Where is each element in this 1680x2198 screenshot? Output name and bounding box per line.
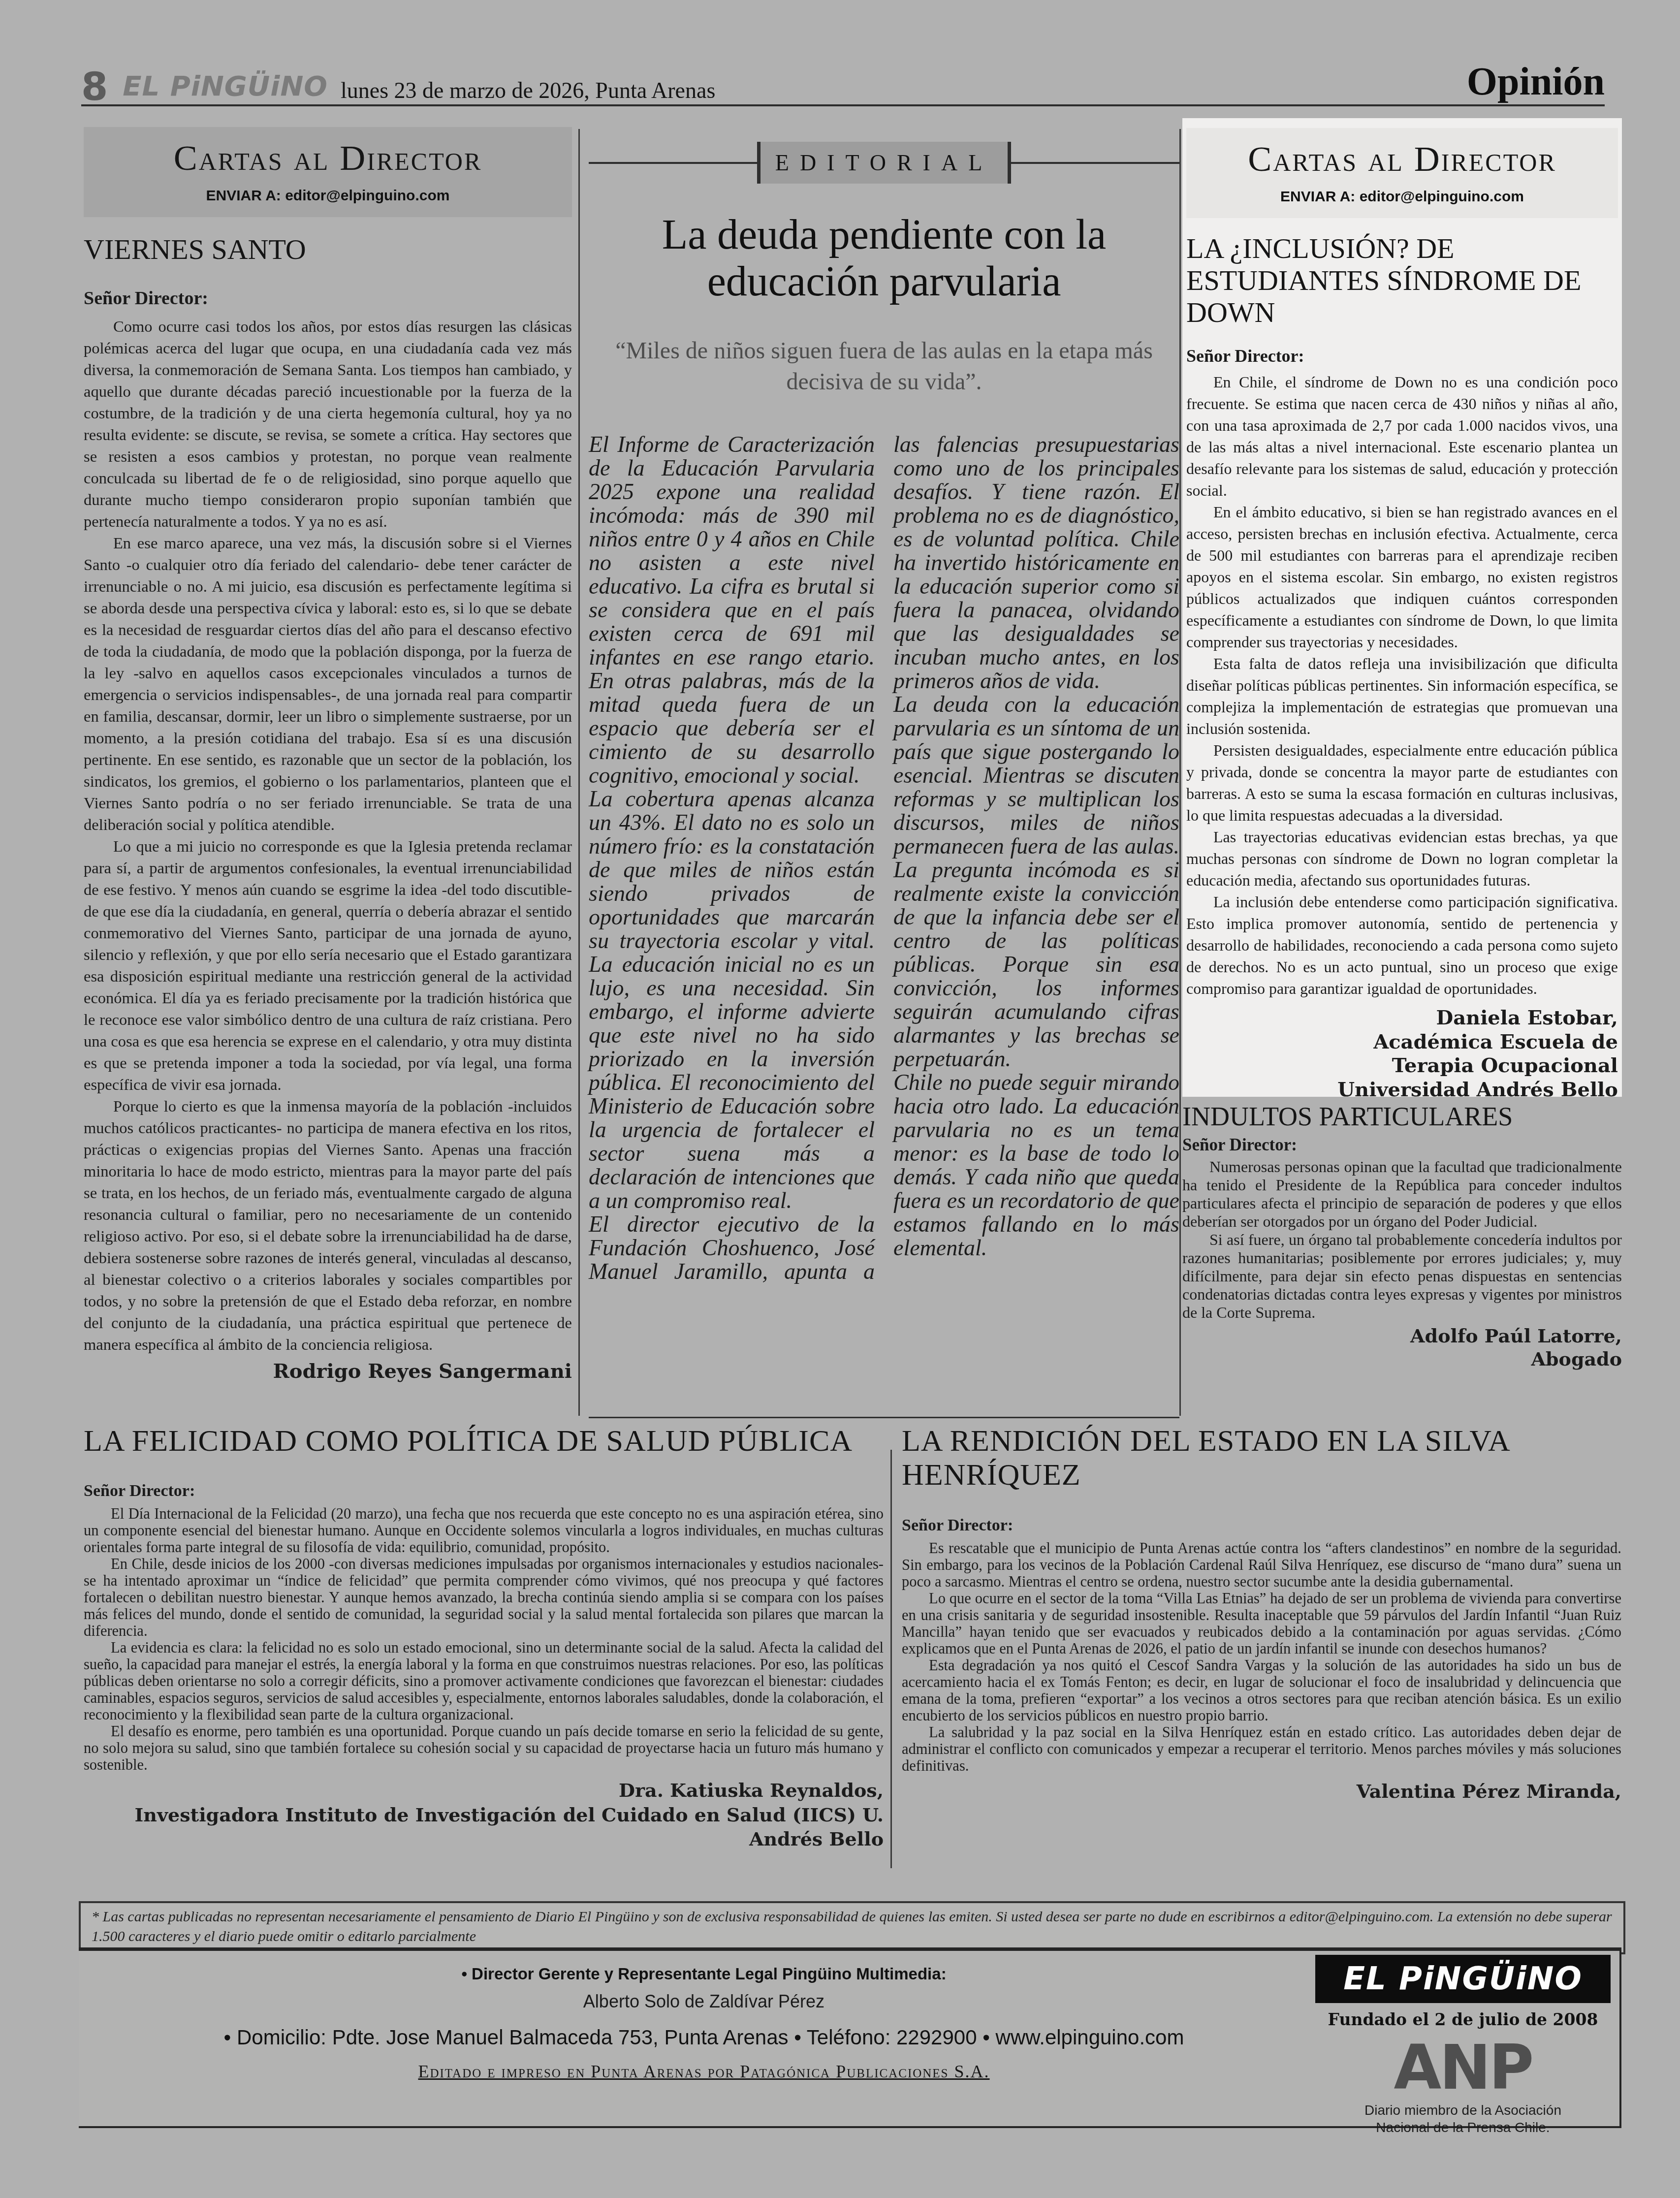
cartas-send-to: ENVIAR A: editor@elpinguino.com (1190, 189, 1614, 205)
signature-line: Académica Escuela de (1186, 1030, 1618, 1054)
page-footer: • Director Gerente y Representante Legal… (79, 1947, 1621, 2128)
column-divider (578, 129, 580, 1416)
letter-signature: Adolfo Paúl Latorre, Abogado (1182, 1325, 1622, 1370)
paragraph: La evidencia es clara: la felicidad no e… (84, 1639, 884, 1723)
signature-line: Adolfo Paúl Latorre, (1182, 1325, 1622, 1347)
paragraph: Numerosas personas opinan que la faculta… (1182, 1158, 1622, 1231)
signature-line: Investigadora Instituto de Investigación… (84, 1803, 884, 1851)
paragraph: En ese marco aparece, una vez más, la di… (84, 533, 572, 836)
editorial-badge: EDITORIAL (757, 142, 1011, 184)
director-name: Alberto Solo de Zaldívar Pérez (108, 1991, 1300, 2012)
letter-body: En Chile, el síndrome de Down no es una … (1186, 371, 1618, 999)
paragraph: Lo que a mi juicio no corresponde es que… (84, 836, 572, 1096)
printed-line: Editado e impreso en Punta Arenas por Pa… (108, 2061, 1300, 2082)
salutation: Señor Director: (1182, 1135, 1622, 1155)
signature-line: Terapia Ocupacional (1186, 1054, 1618, 1078)
editorial-body: El Informe de Caracterización de la Educ… (589, 433, 1179, 1283)
letter-title-viernes-santo: VIERNES SANTO (84, 234, 572, 266)
anp-text-line: Nacional de la Prensa Chile. (1315, 2119, 1611, 2136)
paragraph: Persisten desigualdades, especialmente e… (1186, 739, 1618, 826)
letter-body: El Día Internacional de la Felicidad (20… (84, 1505, 884, 1773)
director-label: • Director Gerente y Representante Legal… (108, 1965, 1300, 1983)
footer-brand: EL PiNGÜiNO Fundado el 2 de julio de 200… (1315, 1955, 1611, 2136)
pinguino-logo: EL PiNGÜiNO (1315, 1955, 1611, 2003)
letter-indultos: INDULTOS PARTICULARES Señor Director: Nu… (1182, 1102, 1622, 1370)
letter-signature: Rodrigo Reyes Sangermani (84, 1360, 572, 1383)
cartas-title: Cartas al Director (1190, 139, 1614, 180)
paragraph: Esta falta de datos refleja una invisibi… (1186, 653, 1618, 739)
letters-column-left: Cartas al Director ENVIAR A: editor@elpi… (84, 127, 572, 1383)
anp-logo: ANP (1315, 2037, 1611, 2099)
cartas-al-director-header: Cartas al Director ENVIAR A: editor@elpi… (1186, 128, 1618, 218)
paragraph: La cobertura apenas alcanza un 43%. El d… (589, 787, 875, 1212)
signature-line: Dra. Katiuska Reynaldos, (84, 1778, 884, 1802)
cartas-send-to: ENVIAR A: editor@elpinguino.com (88, 188, 568, 204)
letters-column-right-panel: Cartas al Director ENVIAR A: editor@elpi… (1182, 118, 1622, 1097)
signature-line: Abogado (1182, 1348, 1622, 1370)
masthead-logo: EL PiNGÜiNO (123, 70, 328, 102)
paragraph: Si así fuere, un órgano tal probablement… (1182, 1231, 1622, 1322)
salutation: Señor Director: (1186, 346, 1618, 366)
signature-line: Daniela Estobar, (1186, 1006, 1618, 1030)
address-line: • Domicilio: Pdte. Jose Manuel Balmaceda… (108, 2026, 1300, 2049)
paragraph: Lo que ocurre en el sector de la toma “V… (902, 1590, 1621, 1657)
rule (589, 162, 757, 164)
paragraph: Como ocurre casi todos los años, por est… (84, 316, 572, 533)
letter-title-felicidad: LA FELICIDAD COMO POLÍTICA DE SALUD PÚBL… (84, 1424, 884, 1458)
paragraph: El Informe de Caracterización de la Educ… (589, 433, 875, 787)
letter-signature: Valentina Pérez Miranda, (902, 1779, 1621, 1803)
letter-title-inclusion: LA ¿INCLUSIÓN? DE ESTUDIANTES SÍNDROME D… (1186, 233, 1618, 329)
signature-line: Universidad Andrés Bello (1186, 1078, 1618, 1102)
editorial-column: EDITORIAL La deuda pendiente con la educ… (589, 127, 1179, 1283)
letter-body: Como ocurre casi todos los años, por est… (84, 316, 572, 1356)
paragraph: La deuda con la educación parvularia es … (893, 693, 1179, 1071)
salutation: Señor Director: (84, 287, 572, 309)
letter-felicidad: LA FELICIDAD COMO POLÍTICA DE SALUD PÚBL… (84, 1424, 884, 1851)
footer-imprint: • Director Gerente y Representante Legal… (108, 1965, 1300, 2082)
letter-signature: Daniela Estobar, Académica Escuela de Te… (1186, 1006, 1618, 1102)
rule (1011, 162, 1179, 164)
letter-body: Es rescatable que el municipio de Punta … (902, 1540, 1621, 1774)
cartas-al-director-header: Cartas al Director ENVIAR A: editor@elpi… (84, 127, 572, 217)
paragraph: El desafío es enorme, pero también es un… (84, 1723, 884, 1773)
paragraph: En el ámbito educativo, si bien se han r… (1186, 501, 1618, 653)
paragraph: Es rescatable que el municipio de Punta … (902, 1540, 1621, 1590)
letter-title-rendicion: LA RENDICIÓN DEL ESTADO EN LA SILVA HENR… (902, 1424, 1621, 1493)
paragraph: Esta degradación ya nos quitó el Cescof … (902, 1657, 1621, 1724)
edition-date: lunes 23 de marzo de 2026, Punta Arenas (341, 77, 715, 103)
founded-line: Fundado el 2 de julio de 2008 (1315, 2010, 1611, 2029)
cartas-title: Cartas al Director (88, 138, 568, 179)
paragraph: La salubridad y la paz social en la Silv… (902, 1724, 1621, 1774)
editorial-subtitle: “Miles de niños siguen fuera de las aula… (606, 336, 1162, 397)
paragraph: La inclusión debe entenderse como partic… (1186, 891, 1618, 999)
signature-line: Valentina Pérez Miranda, (902, 1779, 1621, 1803)
editorial-bottom-rule (589, 1417, 1179, 1418)
letter-title-indultos: INDULTOS PARTICULARES (1182, 1102, 1622, 1131)
column-divider (890, 1450, 892, 1868)
paragraph: Chile no puede seguir mirando hacia otro… (893, 1071, 1179, 1260)
paragraph: Porque lo cierto es que la inmensa mayor… (84, 1096, 572, 1356)
salutation: Señor Director: (84, 1482, 884, 1500)
paragraph: En Chile, el síndrome de Down no es una … (1186, 371, 1618, 501)
anp-text-line: Diario miembro de la Asociación (1315, 2102, 1611, 2119)
editorial-title: La deuda pendiente con la educación parv… (589, 211, 1179, 304)
paragraph: En Chile, desde inicios de los 2000 -con… (84, 1556, 884, 1639)
letter-rendicion: LA RENDICIÓN DEL ESTADO EN LA SILVA HENR… (902, 1424, 1621, 1803)
paragraph: Las trayectorias educativas evidencian e… (1186, 826, 1618, 891)
section-title: Opinión (1467, 60, 1605, 104)
newspaper-page: 8 EL PiNGÜiNO lunes 23 de marzo de 2026,… (0, 0, 1680, 2198)
anp-membership-text: Diario miembro de la Asociación Nacional… (1315, 2102, 1611, 2136)
page-number: 8 (81, 70, 108, 104)
column-divider (1179, 129, 1181, 1416)
letter-body: Numerosas personas opinan que la faculta… (1182, 1158, 1622, 1322)
letters-disclaimer: * Las cartas publicadas no representan n… (79, 1901, 1625, 1954)
salutation: Señor Director: (902, 1516, 1621, 1535)
page-header: 8 EL PiNGÜiNO lunes 23 de marzo de 2026,… (81, 54, 1605, 106)
paragraph: El Día Internacional de la Felicidad (20… (84, 1505, 884, 1556)
letter-signature: Dra. Katiuska Reynaldos, Investigadora I… (84, 1778, 884, 1851)
editorial-header: EDITORIAL (589, 142, 1179, 184)
